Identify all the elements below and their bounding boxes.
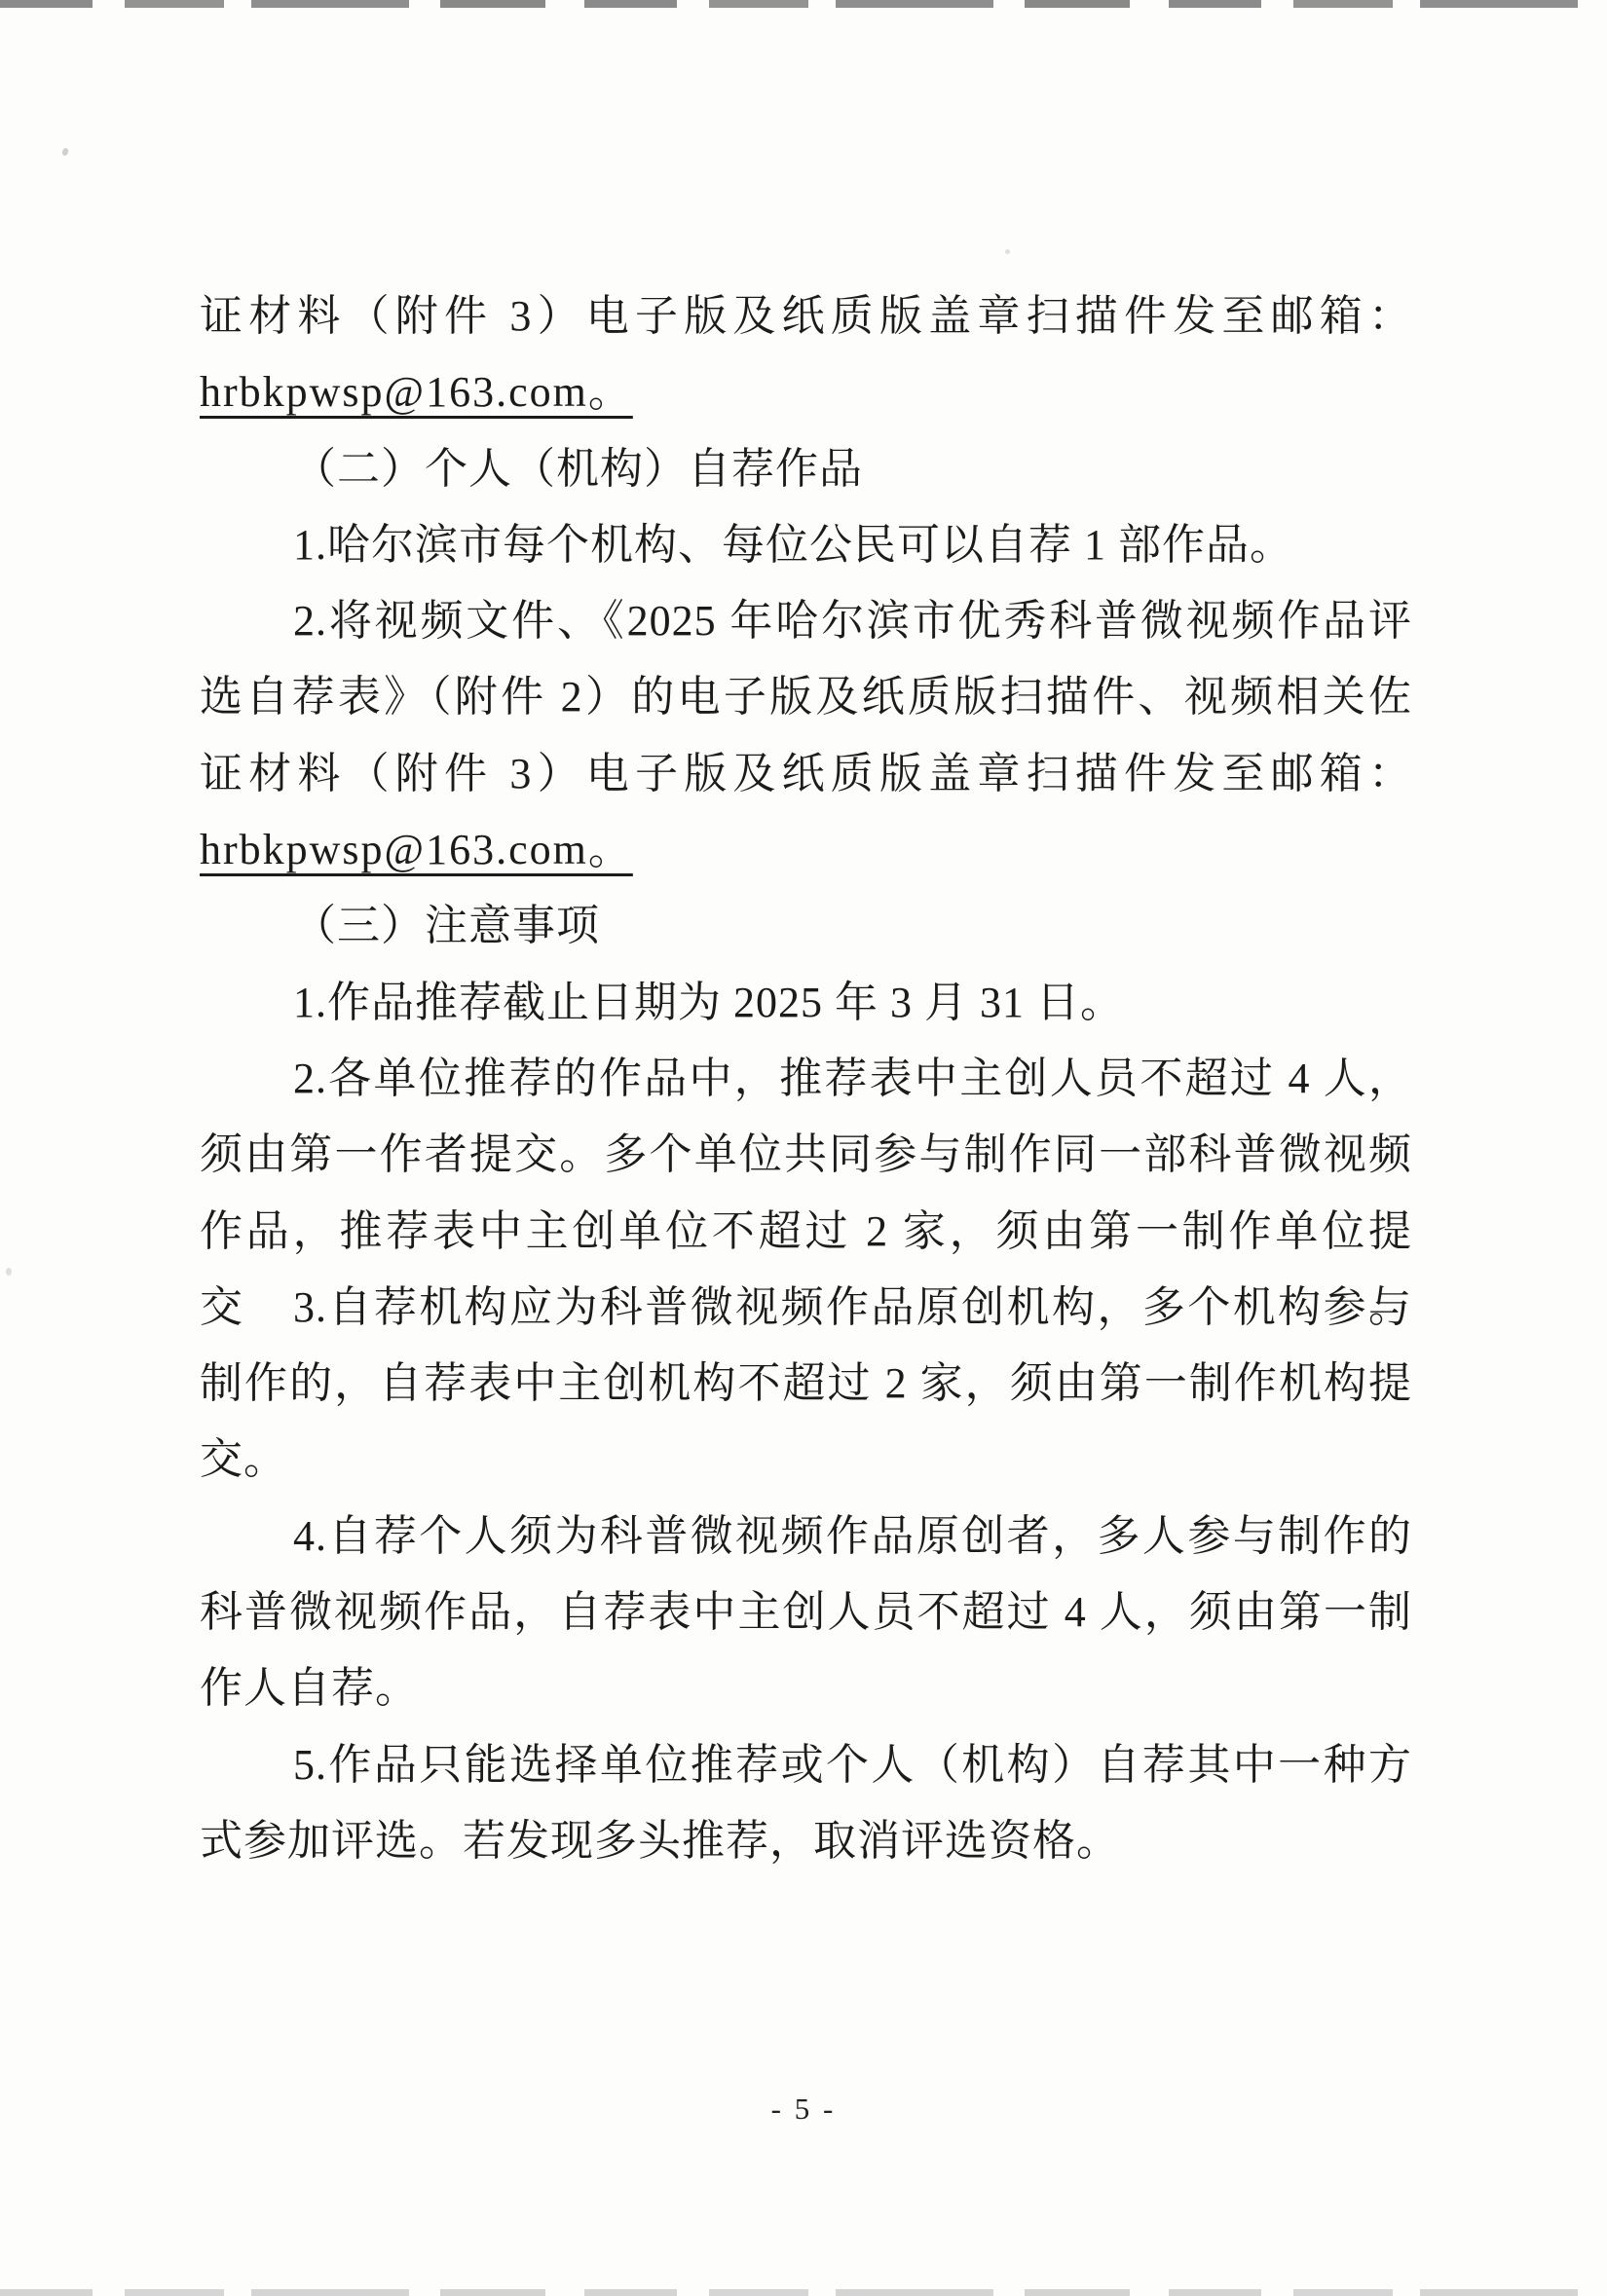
text-line: 式参加评选。若发现多头推荐，取消评选资格。 — [200, 1803, 1412, 1879]
text-line: 选自荐表》（附件 2）的电子版及纸质版扫描件、视频相关佐 — [200, 659, 1412, 735]
email-address-line: hrbkpwsp@163.com。 — [200, 354, 1412, 430]
line-text: 证材料（附件 3）电子版及纸质版盖章扫描件发至邮箱： — [200, 750, 1412, 797]
text-line: （二）个人（机构）自荐作品 — [200, 431, 1412, 507]
text-line: 1.哈尔滨市每个机构、每位公民可以自荐 1 部作品。 — [200, 507, 1412, 583]
text-line: 作人自荐。 — [200, 1650, 1412, 1726]
text-line: 2.各单位推荐的作品中，推荐表中主创人员不超过 4 人， — [200, 1041, 1412, 1117]
line-text: 式参加评选。若发现多头推荐，取消评选资格。 — [200, 1817, 1120, 1865]
scan-speckle — [61, 147, 69, 157]
line-text: 3.自荐机构应为科普微视频作品原创机构，多个机构参与 — [293, 1283, 1412, 1331]
line-text: 5.作品只能选择单位推荐或个人（机构）自荐其中一种方 — [293, 1741, 1412, 1789]
line-text: 2.各单位推荐的作品中，推荐表中主创人员不超过 4 人， — [293, 1055, 1412, 1102]
text-line: 科普微视频作品，自荐表中主创人员不超过 4 人，须由第一制 — [200, 1574, 1412, 1650]
document-lines: 证材料（附件 3）电子版及纸质版盖章扫描件发至邮箱：hrbkpwsp@163.c… — [200, 278, 1412, 1879]
document-body: 证材料（附件 3）电子版及纸质版盖章扫描件发至邮箱：hrbkpwsp@163.c… — [200, 278, 1412, 1879]
text-line: 5.作品只能选择单位推荐或个人（机构）自荐其中一种方 — [200, 1727, 1412, 1803]
text-line: 3.自荐机构应为科普微视频作品原创机构，多个机构参与 — [200, 1270, 1412, 1346]
line-text: 证材料（附件 3）电子版及纸质版盖章扫描件发至邮箱： — [200, 292, 1412, 340]
scan-speckle — [6, 1268, 12, 1276]
text-line: 1.作品推荐截止日期为 2025 年 3 月 31 日。 — [200, 965, 1412, 1041]
email-text: hrbkpwsp@163.com。 — [200, 826, 633, 873]
line-text: 科普微视频作品，自荐表中主创人员不超过 4 人，须由第一制 — [200, 1588, 1412, 1636]
line-text: （三）注意事项 — [293, 902, 600, 949]
text-line: 制作的，自荐表中主创机构不超过 2 家，须由第一制作机构提 — [200, 1346, 1412, 1422]
email-address-line: hrbkpwsp@163.com。 — [200, 812, 1412, 888]
line-text: （二）个人（机构）自荐作品 — [293, 445, 863, 493]
line-text: 交。 — [200, 1435, 287, 1483]
scan-artifact-top-edge — [0, 0, 1607, 8]
text-line: 证材料（附件 3）电子版及纸质版盖章扫描件发至邮箱： — [200, 278, 1412, 354]
line-text: 须由第一作者提交。多个单位共同参与制作同一部科普微视频 — [200, 1130, 1412, 1178]
line-text: 制作的，自荐表中主创机构不超过 2 家，须由第一制作机构提 — [200, 1359, 1412, 1407]
line-text: 选自荐表》（附件 2）的电子版及纸质版扫描件、视频相关佐 — [200, 673, 1412, 721]
text-line: 证材料（附件 3）电子版及纸质版盖章扫描件发至邮箱： — [200, 736, 1412, 812]
text-line: 须由第一作者提交。多个单位共同参与制作同一部科普微视频 — [200, 1117, 1412, 1193]
scan-artifact-bottom-edge — [0, 2289, 1607, 2296]
line-text: 2.将视频文件、《2025 年哈尔滨市优秀科普微视频作品评 — [293, 597, 1412, 645]
text-line: 2.将视频文件、《2025 年哈尔滨市优秀科普微视频作品评 — [200, 583, 1412, 659]
line-text: 4.自荐个人须为科普微视频作品原创者，多人参与制作的 — [293, 1512, 1412, 1560]
text-line: 作品，推荐表中主创单位不超过 2 家，须由第一制作单位提交。 — [200, 1194, 1412, 1270]
line-text: 1.哈尔滨市每个机构、每位公民可以自荐 1 部作品。 — [293, 521, 1293, 569]
page-number: - 5 - — [0, 2092, 1607, 2127]
scanned-document-page: { "page": { "background": "#fdfdfc", "in… — [0, 0, 1607, 2296]
email-text: hrbkpwsp@163.com。 — [200, 368, 633, 416]
scan-speckle — [1005, 249, 1010, 254]
line-text: 1.作品推荐截止日期为 2025 年 3 月 31 日。 — [293, 979, 1124, 1026]
text-line: （三）注意事项 — [200, 888, 1412, 964]
line-text: 作人自荐。 — [200, 1664, 419, 1712]
text-line: 4.自荐个人须为科普微视频作品原创者，多人参与制作的 — [200, 1499, 1412, 1574]
text-line: 交。 — [200, 1422, 1412, 1498]
